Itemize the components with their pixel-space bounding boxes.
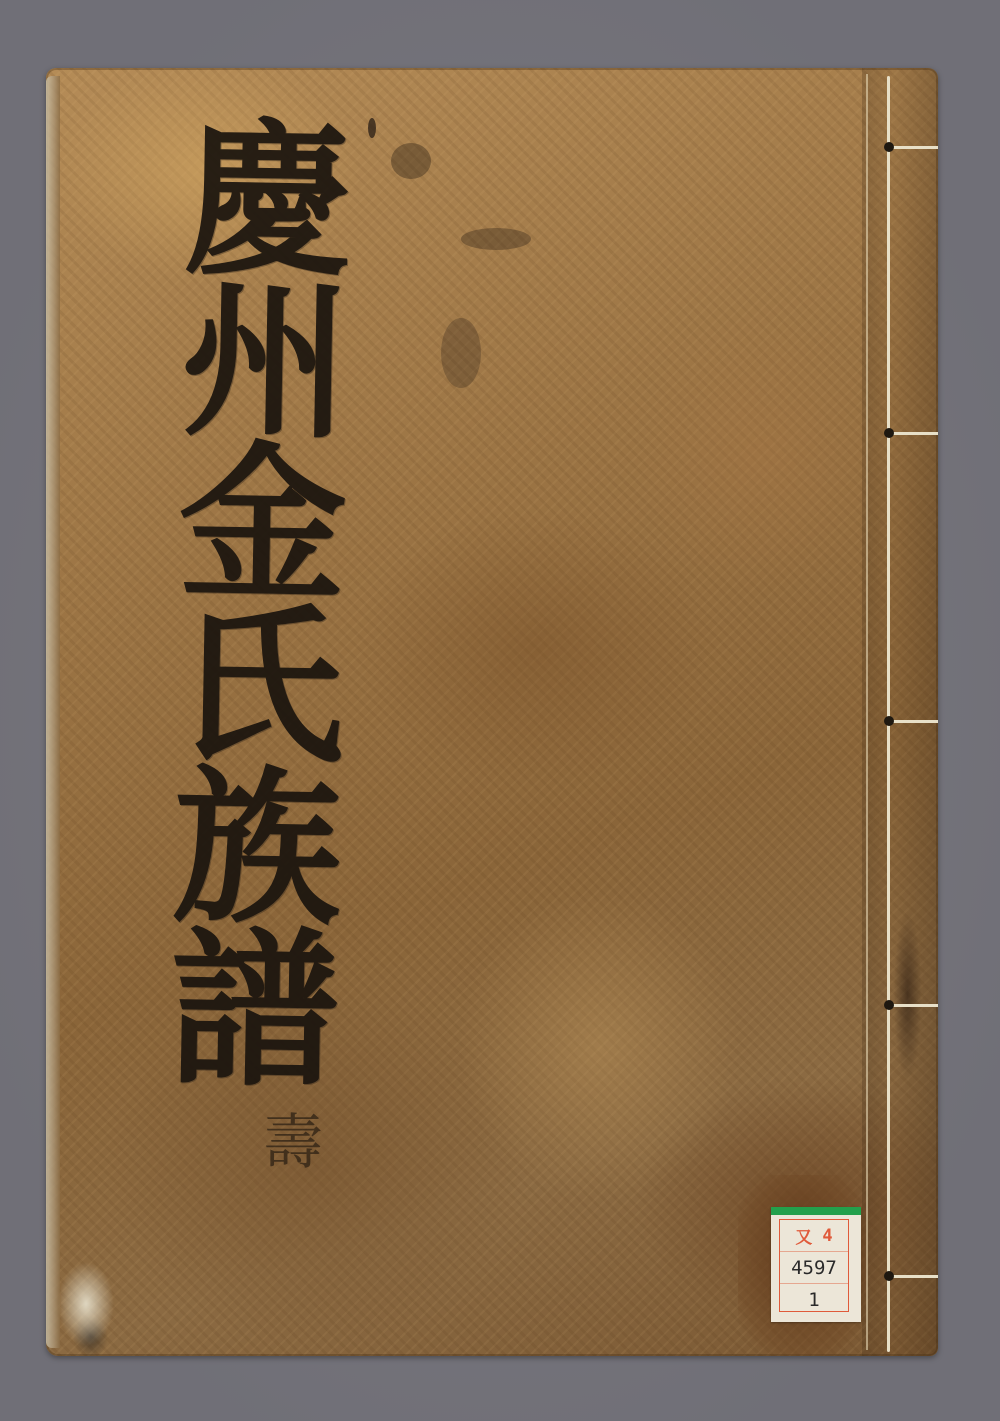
binding-spine bbox=[862, 68, 938, 1356]
label-frame: 又 4 4597 1 bbox=[779, 1219, 849, 1312]
label-classification-num: 4 bbox=[822, 1226, 832, 1246]
label-call-number: 4597 bbox=[780, 1252, 848, 1284]
label-classification: 又 4 bbox=[780, 1220, 848, 1252]
stitch-hole-1 bbox=[884, 142, 894, 152]
ink-blot bbox=[441, 318, 481, 388]
ink-blot bbox=[368, 118, 376, 138]
stitch-hole-2 bbox=[884, 428, 894, 438]
stitch-2 bbox=[888, 432, 938, 435]
stitch-1 bbox=[888, 146, 938, 149]
stitch-5 bbox=[888, 1275, 938, 1278]
stitch-3 bbox=[888, 720, 938, 723]
binding-thread bbox=[887, 76, 890, 1352]
stitch-hole-5 bbox=[884, 1271, 894, 1281]
ink-blot bbox=[391, 143, 431, 179]
label-green-bar bbox=[771, 1207, 861, 1215]
stitch-hole-4 bbox=[884, 1000, 894, 1010]
cover-title-calligraphy: 慶州金氏族譜 bbox=[80, 108, 337, 1084]
label-volume: 1 bbox=[780, 1284, 848, 1315]
label-classification-char: 又 bbox=[795, 1223, 812, 1248]
spine-fold-line bbox=[866, 74, 868, 1350]
cover-title-trailing-char: 壽 bbox=[245, 1110, 331, 1170]
worn-corner bbox=[50, 1226, 140, 1356]
library-call-number-label: 又 4 4597 1 bbox=[771, 1207, 861, 1322]
page-edge bbox=[46, 76, 60, 1348]
ink-blot bbox=[461, 228, 531, 250]
stitch-4 bbox=[888, 1004, 938, 1007]
stitch-hole-3 bbox=[884, 716, 894, 726]
